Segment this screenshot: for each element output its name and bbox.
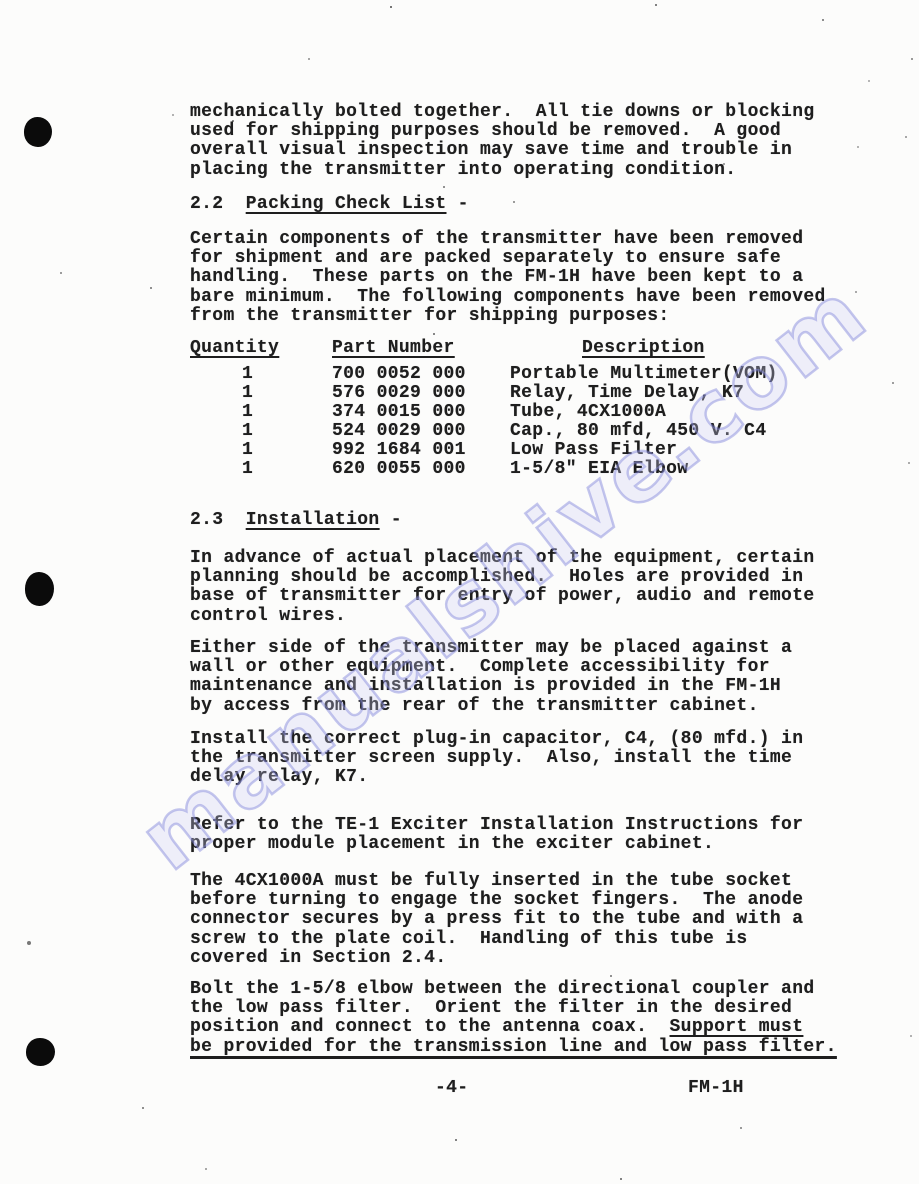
table-row: 1620 0055 0001-5/8" EIA Elbow — [190, 460, 850, 479]
cell-description: Low Pass Filter — [510, 441, 677, 460]
scan-noise-specks — [0, 0, 2, 2]
section-title: Packing Check List — [246, 194, 447, 214]
section-number: 2.3 — [190, 510, 246, 530]
punch-hole-mark — [25, 572, 54, 606]
cell-description: Tube, 4CX1000A — [510, 403, 666, 422]
paragraph-line: position and connect to the antenna coax… — [190, 1017, 670, 1037]
paragraph-components-removed: Certain components of the transmitter ha… — [190, 230, 826, 326]
section-title: Installation — [246, 510, 380, 530]
paragraph-placement: Either side of the transmitter may be pl… — [190, 639, 792, 716]
section-dash: - — [447, 194, 469, 214]
column-header-part-number: Part Number — [332, 339, 455, 358]
punch-hole-mark — [26, 1038, 55, 1066]
section-number: 2.2 — [190, 194, 246, 214]
underlined-text: be provided for the transmission line an… — [190, 1037, 837, 1057]
cell-part-number: 700 0052 000 — [332, 365, 466, 384]
table-row: 1374 0015 000Tube, 4CX1000A — [190, 403, 850, 422]
cell-quantity: 1 — [242, 384, 253, 403]
cell-description: 1-5/8" EIA Elbow — [510, 460, 688, 479]
table-row: 1576 0029 000Relay, Time Delay, K7 — [190, 384, 850, 403]
paragraph-planning: In advance of actual placement of the eq… — [190, 549, 815, 626]
cell-part-number: 576 0029 000 — [332, 384, 466, 403]
table-row: 1524 0029 000Cap., 80 mfd, 450 V. C4 — [190, 422, 850, 441]
paragraph-elbow: Bolt the 1-5/8 elbow between the directi… — [190, 980, 837, 1057]
section-heading-installation: 2.3 Installation - — [190, 511, 402, 530]
cell-description: Cap., 80 mfd, 450 V. C4 — [510, 422, 767, 441]
cell-part-number: 374 0015 000 — [332, 403, 466, 422]
cell-part-number: 620 0055 000 — [332, 460, 466, 479]
paragraph-capacitor: Install the correct plug-in capacitor, C… — [190, 730, 803, 788]
footer-doc-code: FM-1H — [688, 1079, 744, 1098]
section-heading-packing-check-list: 2.2 Packing Check List - — [190, 195, 469, 214]
cell-part-number: 524 0029 000 — [332, 422, 466, 441]
cell-description: Portable Multimeter(VOM) — [510, 365, 778, 384]
parts-table-header: QuantityPart NumberDescription — [190, 339, 850, 358]
paragraph-lines: Bolt the 1-5/8 elbow between the directi… — [190, 979, 815, 1018]
column-header-quantity: Quantity — [190, 339, 279, 358]
cell-quantity: 1 — [242, 422, 253, 441]
punch-hole-mark — [24, 117, 52, 147]
paragraph-exciter: Refer to the TE-1 Exciter Installation I… — [190, 816, 803, 854]
cell-quantity: 1 — [242, 365, 253, 384]
table-row: 1700 0052 000Portable Multimeter(VOM) — [190, 365, 850, 384]
cell-quantity: 1 — [242, 403, 253, 422]
cell-description: Relay, Time Delay, K7 — [510, 384, 744, 403]
cell-part-number: 992 1684 001 — [332, 441, 466, 460]
section-dash: - — [380, 510, 402, 530]
table-row: 1992 1684 001Low Pass Filter — [190, 441, 850, 460]
cell-quantity: 1 — [242, 460, 253, 479]
paragraph-tube: The 4CX1000A must be fully inserted in t… — [190, 872, 803, 968]
paragraph-intro: mechanically bolted together. All tie do… — [190, 103, 815, 180]
column-header-description: Description — [582, 339, 705, 358]
cell-quantity: 1 — [242, 441, 253, 460]
scanned-manual-page: mechanically bolted together. All tie do… — [0, 0, 919, 1184]
footer-page-number: -4- — [435, 1079, 468, 1098]
underlined-text: Support must — [670, 1017, 804, 1037]
